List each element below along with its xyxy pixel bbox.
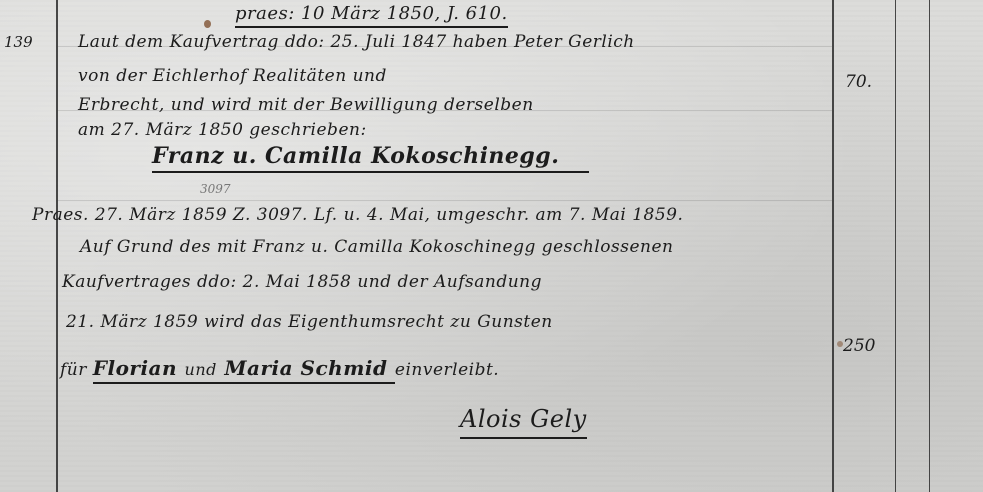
owner-second-name: Maria [224,356,293,380]
entry-line: Kaufvertrages ddo: 2. Mai 1858 und der A… [62,272,542,292]
entry-line: Auf Grund des mit Franz u. Camilla Kokos… [80,237,674,257]
entry-line: am 27. März 1850 geschrieben: [78,120,367,140]
owner-names-underlined: Florian und Maria Schmid [93,356,395,384]
entry-line: Laut dem Kaufvertrag ddo: 25. Juli 1847 … [78,32,635,52]
entry-amount: 250 [843,336,875,356]
left-margin-rule [56,0,58,492]
entry-line: Erbrecht, und wird mit der Bewilligung d… [78,95,534,115]
entry-amount: 70. [845,72,872,92]
signature: Alois Gely [460,405,587,439]
amount-column-rule-3 [929,0,930,492]
faint-line [58,200,833,201]
owner-first-name: Florian [93,356,177,380]
ink-stain [204,20,211,28]
owner-line-suffix: einverleibt. [395,360,499,380]
amount-column-rule-2 [895,0,896,492]
owner-line: für Florian und Maria Schmid einverleibt… [60,356,499,380]
pencil-annotation: 3097 [200,182,231,196]
entry-line: 21. März 1859 wird das Eigenthumsrecht z… [66,312,553,332]
owner-line-prefix: für [60,360,87,380]
header-line: praes: 10 März 1850, J. 610. [235,3,508,28]
owner-names: Franz u. Camilla Kokoschinegg. [152,143,589,173]
entry-line: von der Eichlerhof Realitäten und [78,66,387,86]
amount-column-rule-1 [832,0,834,492]
owner-conjunction: und [185,360,217,379]
owner-surname: Schmid [301,356,388,380]
entry-margin-number: 139 [4,33,33,51]
entry-line: Praes. 27. März 1859 Z. 3097. Lf. u. 4. … [32,205,683,225]
